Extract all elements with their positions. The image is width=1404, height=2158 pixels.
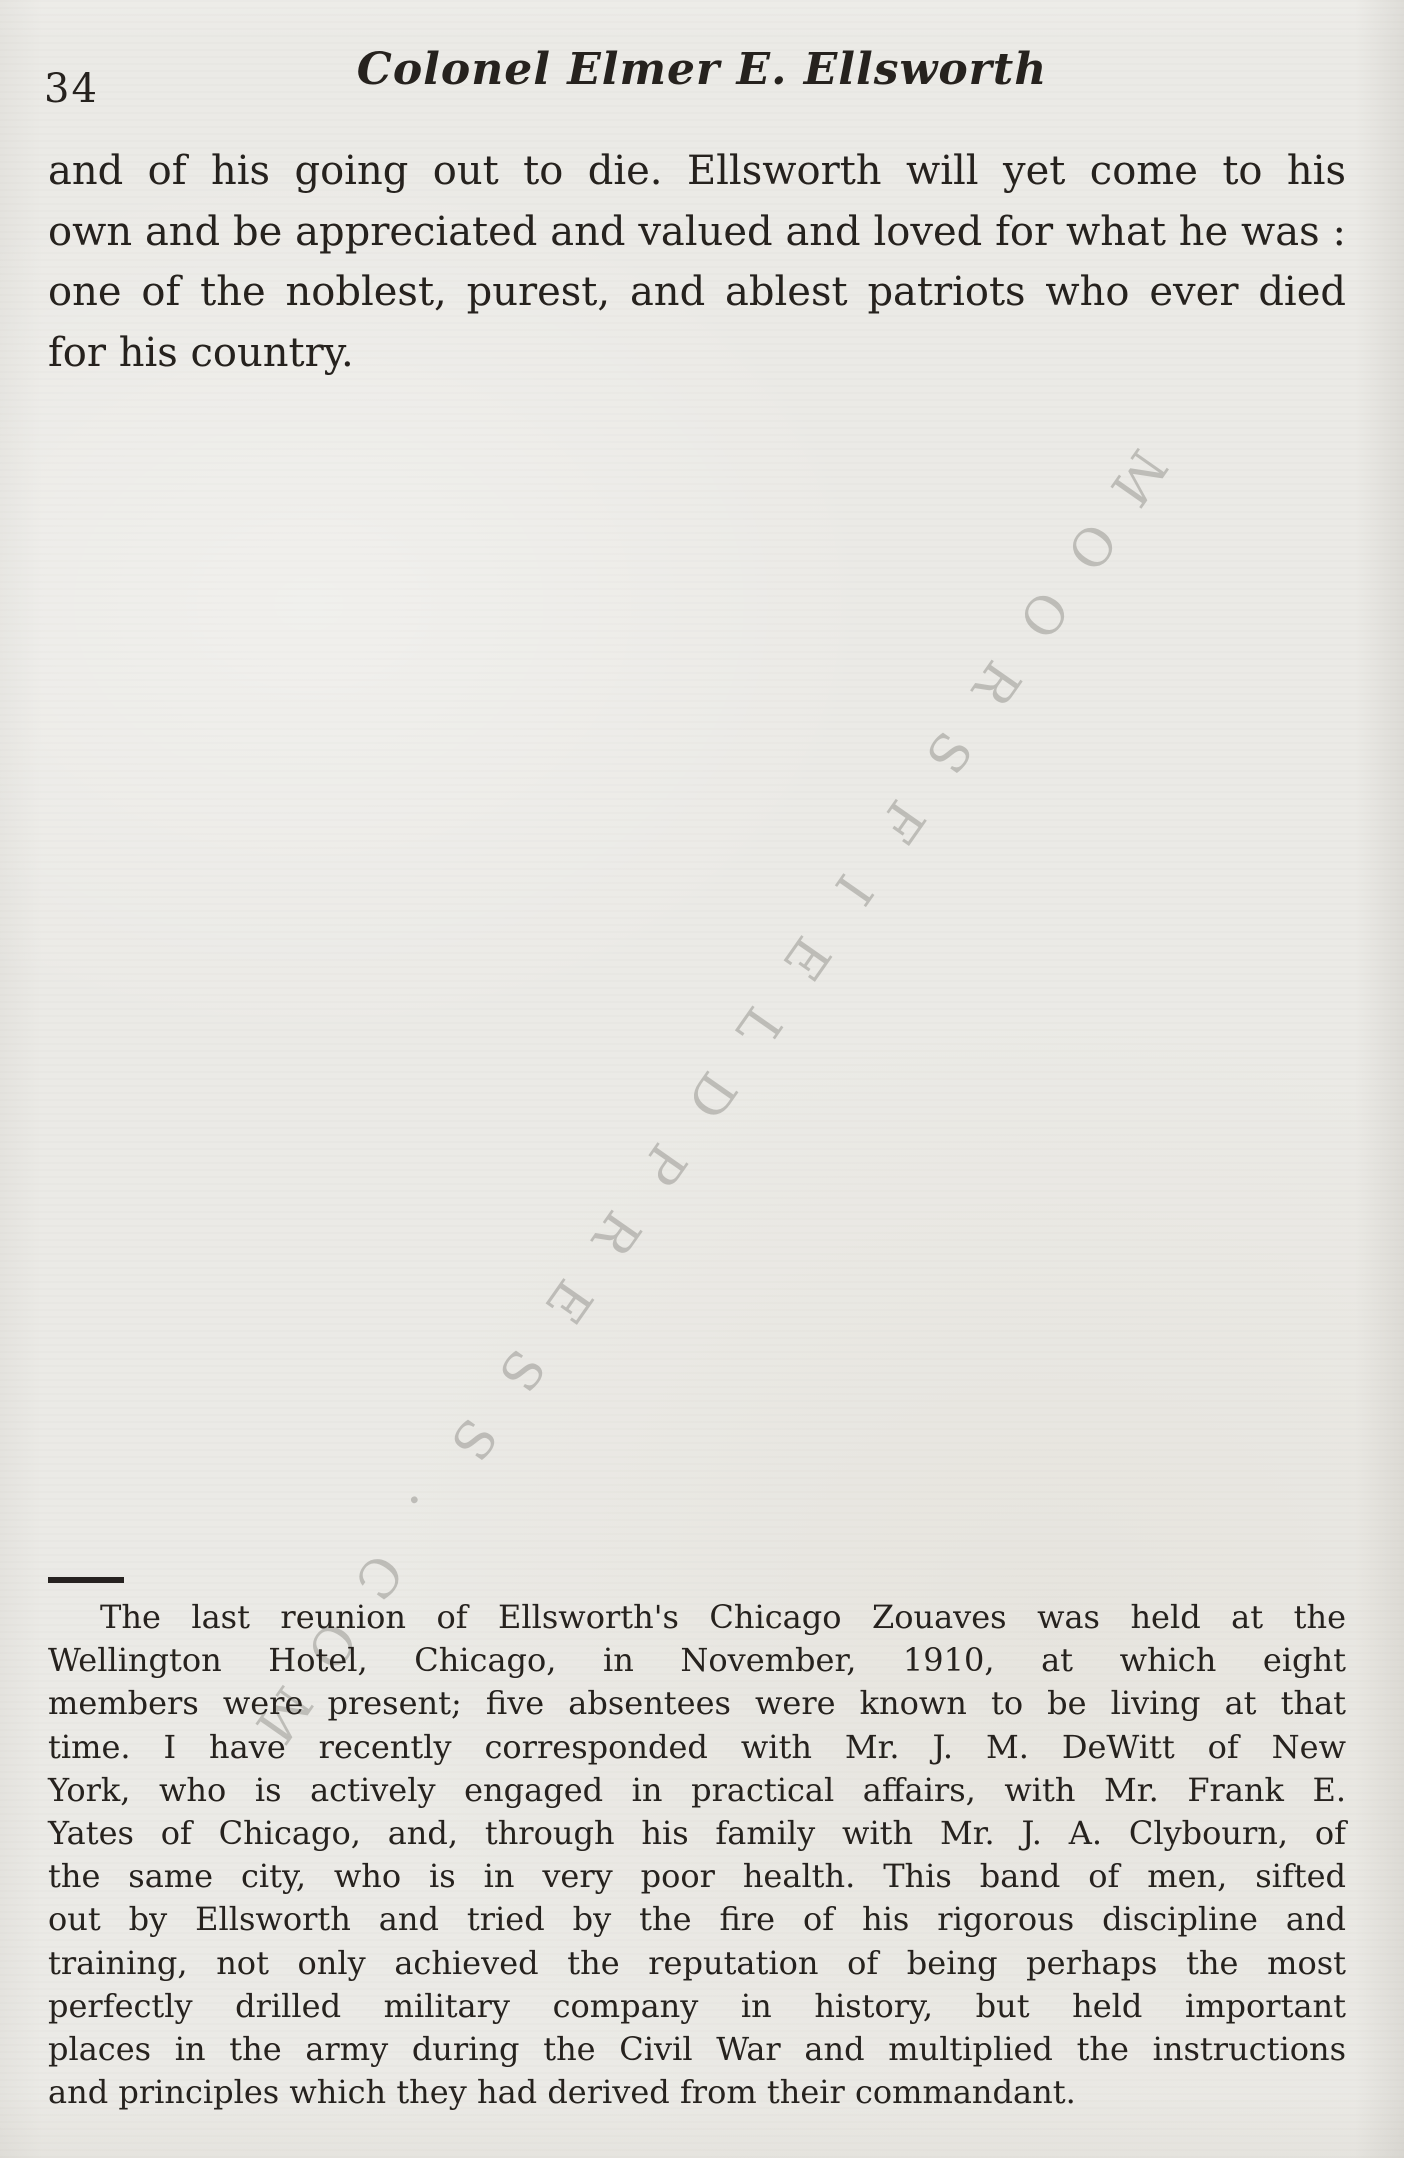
watermark-letter: .	[396, 1484, 455, 1532]
footnote-paragraph: The last reunion of Ellsworth's Chicago …	[48, 1596, 1346, 2114]
footnote-line: Yates of Chicago, and, through his famil…	[48, 1812, 1346, 1855]
footnote-line: places in the army during the Civil War …	[48, 2028, 1346, 2071]
footnote-line: training, not only achieved the reputati…	[48, 1942, 1346, 1985]
watermark-letter: R	[580, 1199, 652, 1265]
watermark-letter: S	[486, 1338, 556, 1402]
footnote-line: out by Ellsworth and tried by the fire o…	[48, 1898, 1346, 1941]
footnote-line: the same city, who is in very poor healt…	[48, 1855, 1346, 1898]
body-line: for his country.	[48, 323, 1346, 384]
watermark-letter: O	[1006, 580, 1080, 649]
watermark-letter: M	[1098, 438, 1178, 516]
footnote-line: and principles which they had derived fr…	[48, 2071, 1346, 2114]
book-page: MOORSFIELDPRESS.COM 34 Colonel Elmer E. …	[0, 0, 1404, 2158]
watermark-letter: L	[724, 995, 793, 1058]
running-head-title: Colonel Elmer E. Ellsworth	[0, 48, 1404, 92]
watermark-letter: D	[674, 1061, 747, 1130]
watermark-letter: S	[913, 720, 983, 784]
body-line: and of his going out to die. Ellsworth w…	[48, 141, 1346, 202]
watermark-letter: E	[770, 925, 841, 991]
watermark-letter: F	[866, 789, 936, 853]
watermark-letter: I	[823, 864, 884, 915]
footnote-separator-rule	[48, 1577, 124, 1583]
body-paragraph: and of his going out to die. Ellsworth w…	[48, 141, 1346, 383]
footnote-line: time. I have recently corresponded with …	[48, 1726, 1346, 1769]
footnote-line: members were present; five absentees wer…	[48, 1682, 1346, 1725]
body-line: own and be appreciated and valued and lo…	[48, 202, 1346, 263]
body-line: one of the noblest, purest, and ablest p…	[48, 262, 1346, 323]
watermark-letter: S	[438, 1407, 508, 1471]
footnote-line: The last reunion of Ellsworth's Chicago …	[48, 1596, 1346, 1639]
footnote-line: York, who is actively engaged in practic…	[48, 1769, 1346, 1812]
footnote-line: Wellington Hotel, Chicago, in November, …	[48, 1639, 1346, 1682]
watermark-letter: O	[1054, 511, 1128, 580]
watermark-letter: R	[960, 650, 1032, 716]
footnote-line: perfectly drilled military company in hi…	[48, 1985, 1346, 2028]
watermark-letter: P	[628, 1132, 697, 1195]
watermark-letter: E	[533, 1269, 604, 1335]
